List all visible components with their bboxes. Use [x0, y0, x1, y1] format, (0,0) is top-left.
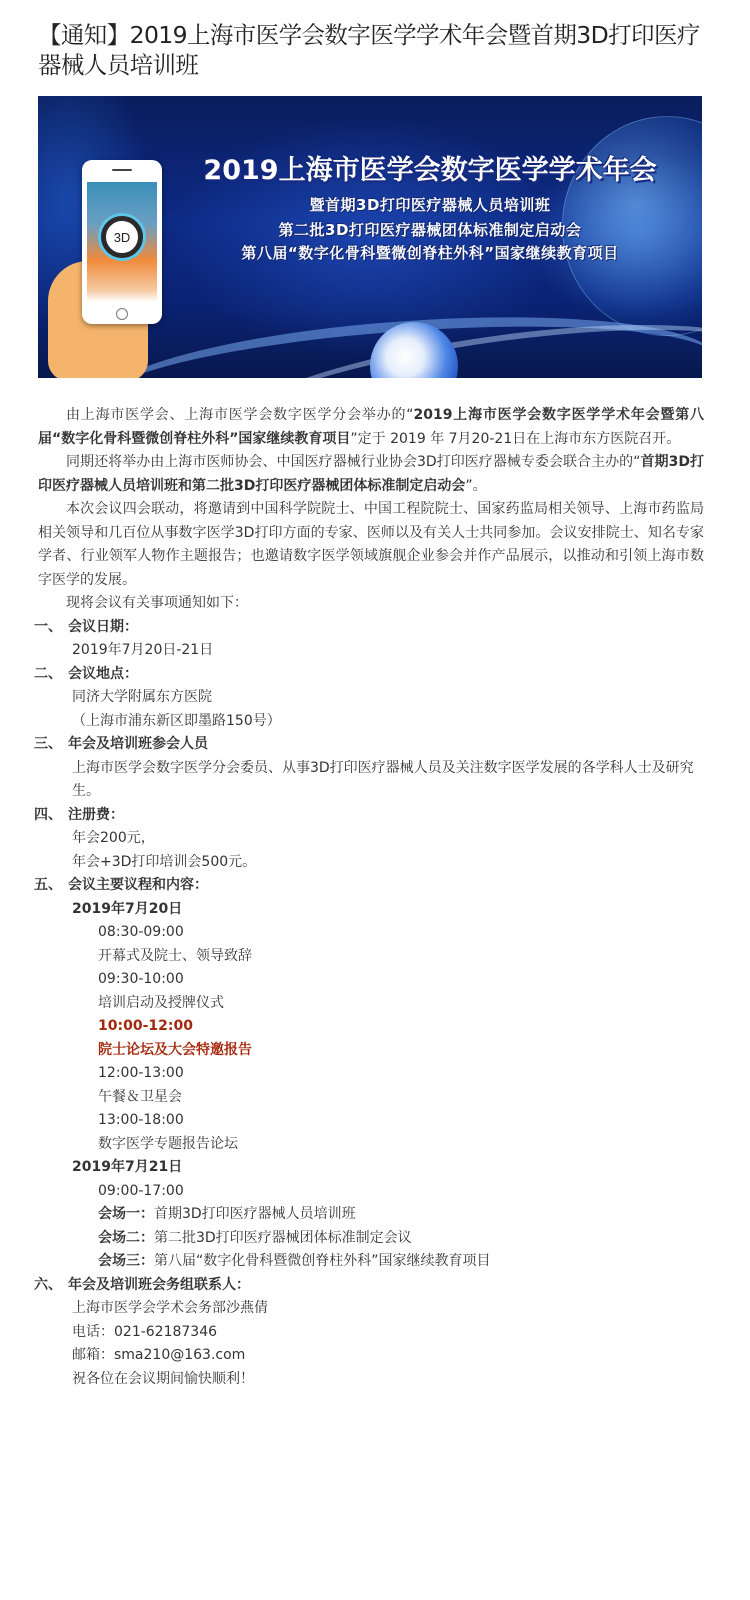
section-agenda: 五、 会议主要议程和内容： [38, 874, 704, 898]
agenda-venue: 会场三：第八届“数字化骨科暨微创脊柱外科”国家继续教育项目 [38, 1250, 704, 1274]
section-number: 一、 [34, 616, 68, 640]
agenda-time: 12:00-13:00 [38, 1062, 704, 1086]
agenda-day-date: 2019年7月20日 [38, 898, 704, 922]
agenda-time-highlight: 10:00-12:00 [38, 1015, 704, 1039]
agenda-time: 08:30-09:00 [38, 921, 704, 945]
banner-subtitle: 第二批3D打印医疗器械团体标准制定启动会 [98, 219, 702, 240]
section-number: 三、 [34, 733, 68, 757]
section-number: 五、 [34, 874, 68, 898]
contact-person: 上海市医学会学术会务部沙燕倩 [38, 1297, 704, 1321]
agenda-desc: 开幕式及院士、领导致辞 [38, 945, 704, 969]
section-contact: 六、 年会及培训班会务组联系人： [38, 1274, 704, 1298]
venue-desc: 第八届“数字化骨科暨微创脊柱外科”国家继续教育项目 [154, 1253, 491, 1269]
agenda-day-date: 2019年7月21日 [38, 1156, 704, 1180]
article-body: 由上海市医学会、上海市医学会数字医学分会举办的“2019上海市医学会数字医学学术… [38, 404, 704, 1401]
agenda-venue: 会场一：首期3D打印医疗器械人员培训班 [38, 1203, 704, 1227]
section-heading: 会议地点： [68, 663, 138, 687]
intro-paragraph: 由上海市医学会、上海市医学会数字医学分会举办的“2019上海市医学会数字医学学术… [38, 404, 704, 451]
contact-phone: 电话：021-62187346 [38, 1321, 704, 1345]
intro-paragraph: 本次会议四会联动，将邀请到中国科学院院士、中国工程院院士、国家药监局相关领导、上… [38, 498, 704, 592]
intro-paragraph: 同期还将举办由上海市医师协会、中国医疗器械行业协会3D打印医疗器械专委会联合主办… [38, 451, 704, 498]
closing-line: 祝各位在会议期间愉快顺利！ [38, 1368, 704, 1392]
section-fee: 四、 注册费： [38, 804, 704, 828]
section-number: 六、 [34, 1274, 68, 1298]
venue-label: 会场三： [98, 1253, 154, 1269]
text: 由上海市医学会、上海市医学会数字医学分会举办的“ [66, 407, 414, 423]
intro-paragraph: 现将会议有关事项通知如下： [38, 592, 704, 616]
agenda-time: 09:00-17:00 [38, 1180, 704, 1204]
section-number: 四、 [34, 804, 68, 828]
agenda-venue: 会场二：第二批3D打印医疗器械团体标准制定会议 [38, 1227, 704, 1251]
section-heading: 年会及培训班参会人员 [68, 733, 208, 757]
agenda-desc-highlight: 院士论坛及大会特邀报告 [38, 1039, 704, 1063]
section-line: 上海市医学会数字医学分会委员、从事3D打印医疗器械人员及关注数字医学发展的各学科… [38, 757, 704, 804]
page-title: 【通知】2019上海市医学会数字医学学术年会暨首期3D打印医疗器械人员培训班 [38, 20, 708, 80]
section-line: （上海市浦东新区即墨路150号） [38, 710, 704, 734]
venue-label: 会场二： [98, 1230, 154, 1246]
section-heading: 注册费： [68, 804, 124, 828]
section-line: 2019年7月20日-21日 [38, 639, 704, 663]
venue-label: 会场一： [98, 1206, 154, 1222]
section-number: 二、 [34, 663, 68, 687]
contact-email: 邮箱：sma210@163.com [38, 1344, 704, 1368]
banner-subtitle: 暨首期3D打印医疗器械人员培训班 [98, 194, 702, 215]
spacer [38, 1391, 704, 1401]
section-line: 年会200元， [38, 827, 704, 851]
section-attendees: 三、 年会及培训班参会人员 [38, 733, 704, 757]
section-heading: 年会及培训班会务组联系人： [68, 1274, 250, 1298]
agenda-time: 13:00-18:00 [38, 1109, 704, 1133]
agenda-desc: 数字医学专题报告论坛 [38, 1133, 704, 1157]
agenda-desc: 培训启动及授牌仪式 [38, 992, 704, 1016]
section-date: 一、 会议日期： [38, 616, 704, 640]
section-heading: 会议日期： [68, 616, 138, 640]
text: ”。 [465, 478, 486, 494]
agenda-time: 09:30-10:00 [38, 968, 704, 992]
section-line: 同济大学附属东方医院 [38, 686, 704, 710]
banner-subtitle: 第八届“数字化骨科暨微创脊柱外科”国家继续教育项目 [98, 242, 702, 263]
phone-home-button [116, 308, 128, 320]
venue-desc: 首期3D打印医疗器械人员培训班 [154, 1206, 356, 1222]
section-line: 年会+3D打印培训会500元。 [38, 851, 704, 875]
section-heading: 会议主要议程和内容： [68, 874, 208, 898]
event-banner-image: 3D 2019上海市医学会数字医学学术年会 暨首期3D打印医疗器械人员培训班 第… [38, 96, 702, 378]
text: 同期还将举办由上海市医师协会、中国医疗器械行业协会3D打印医疗器械专委会联合主办… [66, 454, 640, 470]
text: ”定于 2019 年 7月20-21日在上海市东方医院召开。 [350, 431, 680, 447]
banner-main-title: 2019上海市医学会数字医学学术年会 [98, 148, 702, 187]
section-venue: 二、 会议地点： [38, 663, 704, 687]
venue-desc: 第二批3D打印医疗器械团体标准制定会议 [154, 1230, 412, 1246]
agenda-desc: 午餐＆卫星会 [38, 1086, 704, 1110]
